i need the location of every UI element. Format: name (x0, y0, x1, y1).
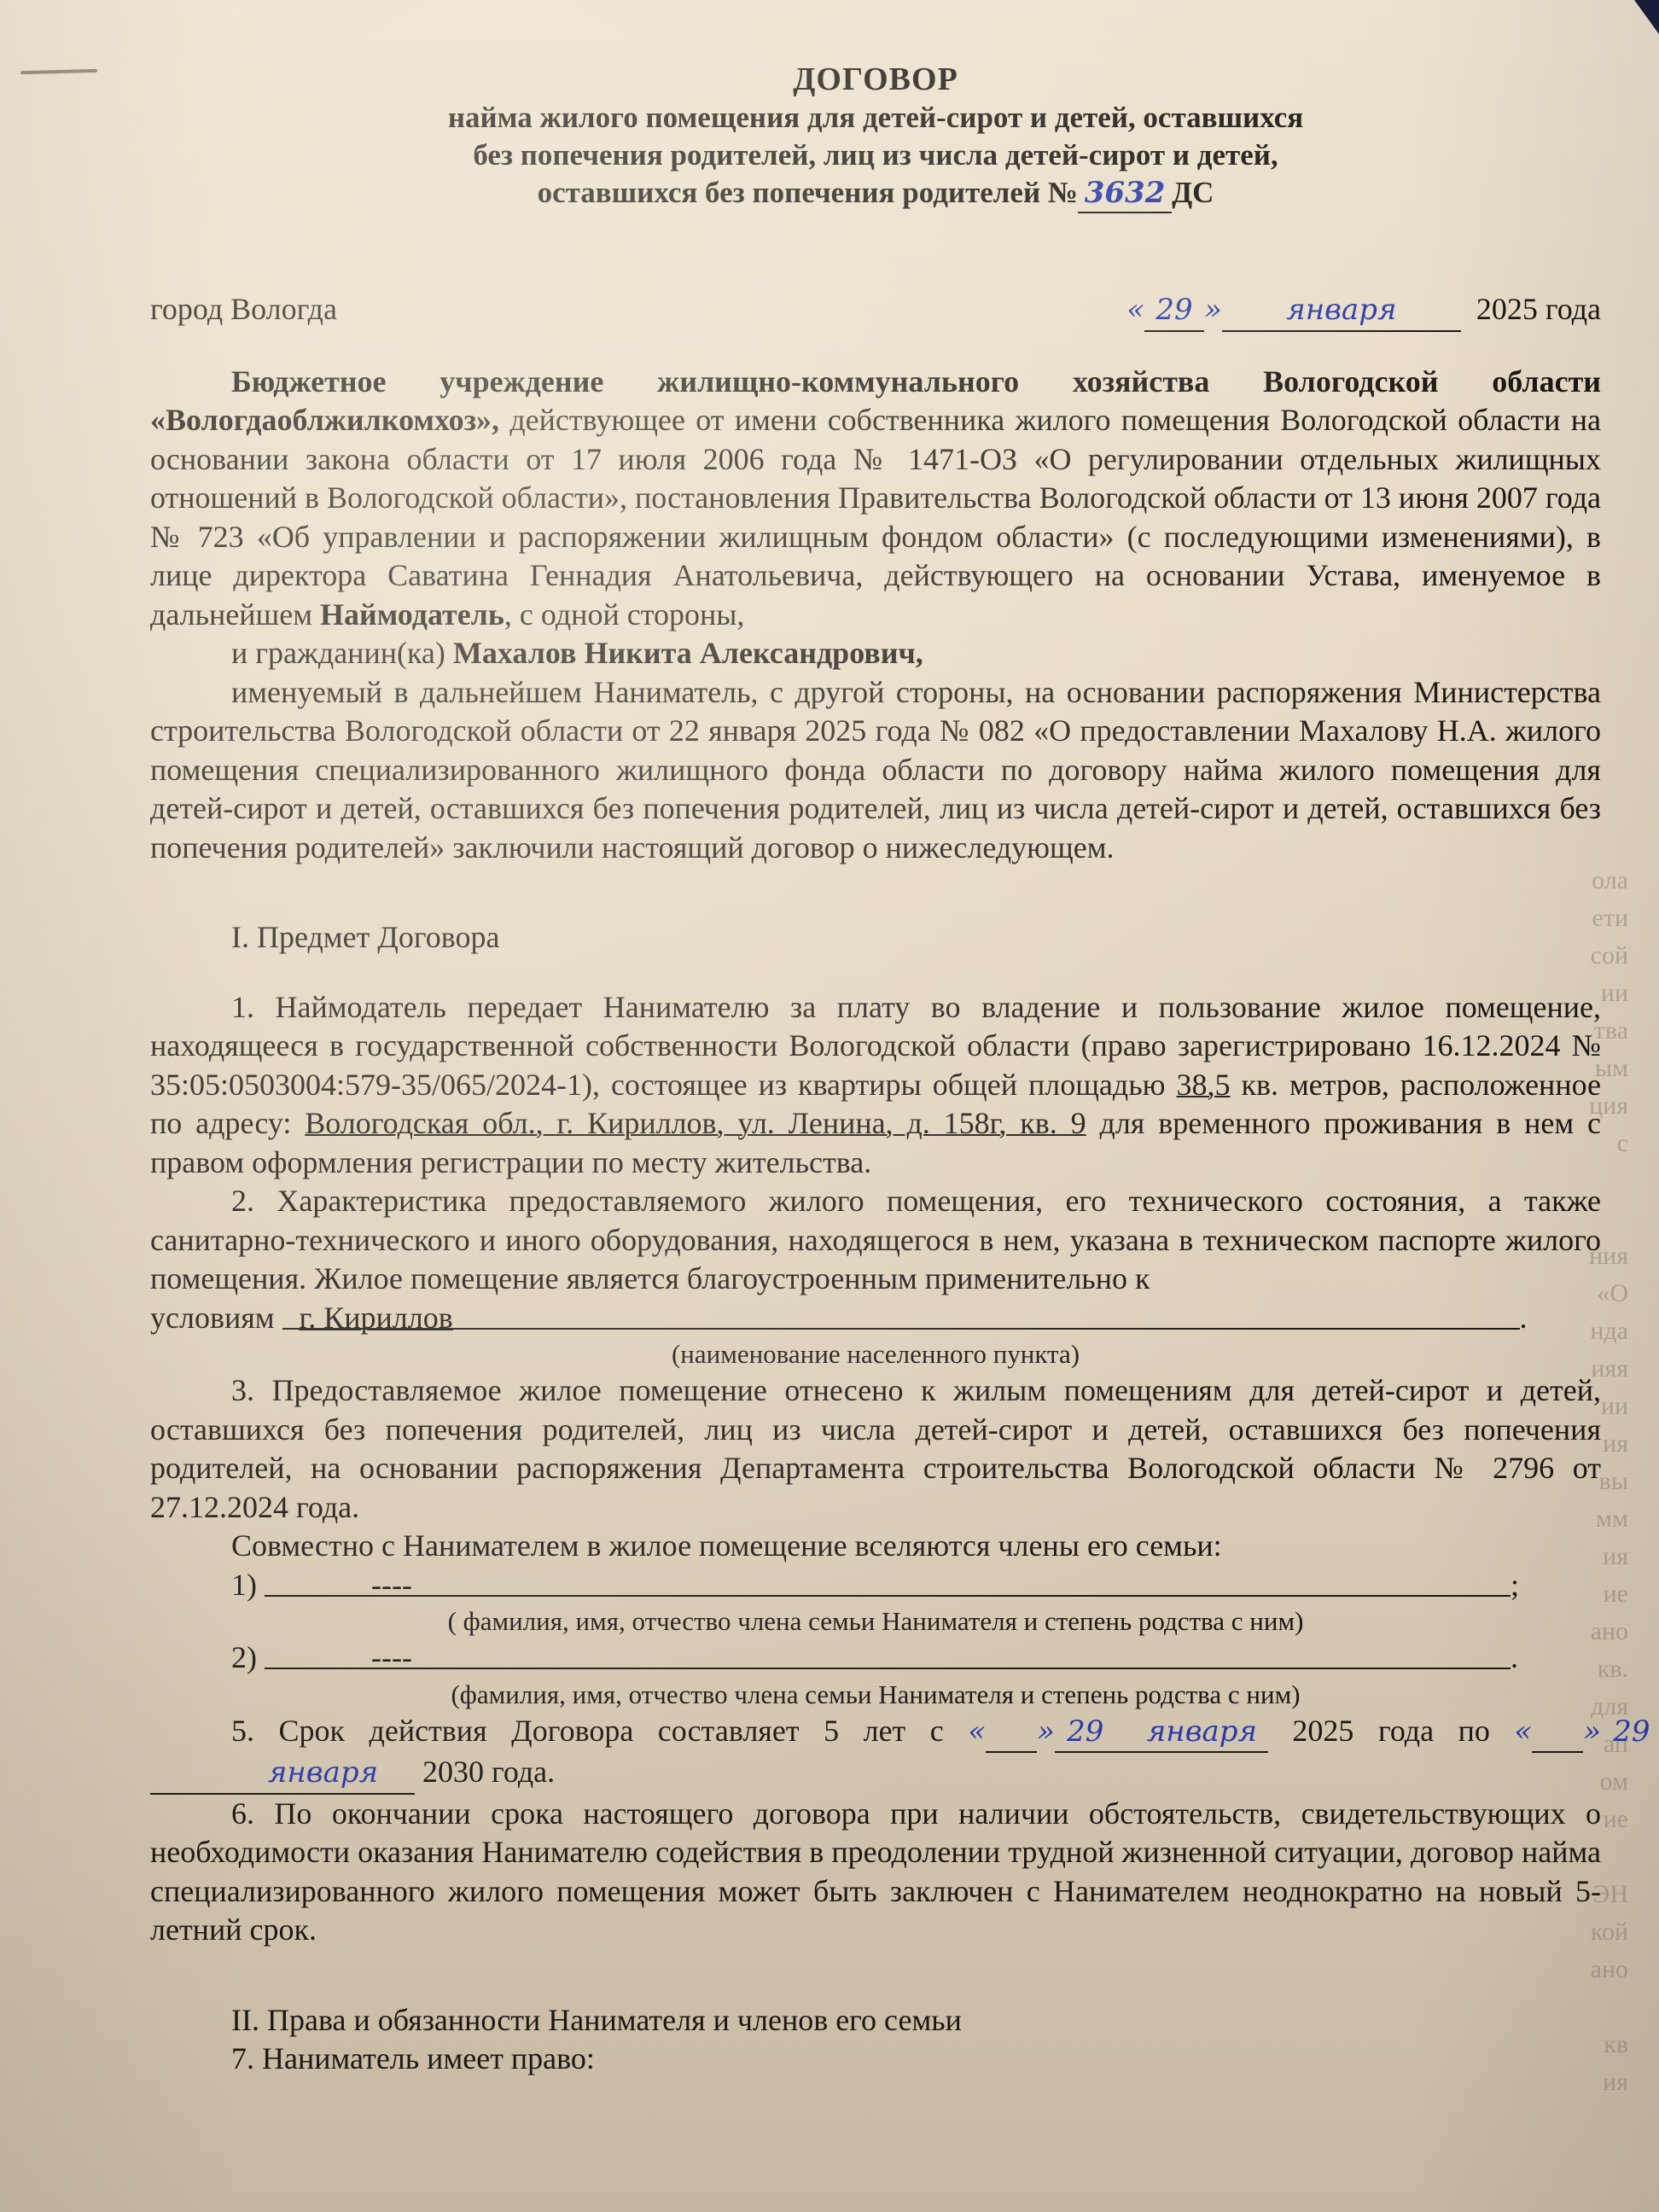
apartment-address: Вологодская обл., г. Кириллов, ул. Ленин… (305, 1106, 1086, 1140)
subtitle-line-3: оставшихся без попечения родителей №3632… (150, 174, 1601, 213)
contract-number-field: 3632 (1078, 174, 1172, 213)
clause-3: 3. Предоставляемое жилое помещение отнес… (150, 1371, 1601, 1527)
date-month-handwritten: января (1286, 293, 1396, 327)
term-end-day: 29 (1613, 1714, 1650, 1749)
pencil-mark (20, 69, 97, 74)
city: город Вологда (150, 290, 337, 329)
subtitle-line-1: найма жилого помещения для детей-сирот и… (150, 99, 1601, 137)
document-title: ДОГОВОР (150, 60, 1601, 99)
term-start-month: января (1147, 1714, 1257, 1749)
tenant-prefix: и гражданин(ка) (231, 636, 453, 670)
term-end-day-field: 29 (1532, 1712, 1583, 1754)
title-block: ДОГОВОР найма жилого помещения для детей… (150, 60, 1601, 213)
family-member-2-field: ---- (265, 1639, 1511, 1669)
section-1-heading: I. Предмет Договора (150, 918, 1601, 958)
clause-6: 6. По окончании срока настоящего договор… (150, 1795, 1601, 1950)
term-start-day-field: 29 (986, 1712, 1037, 1754)
quote-open: « (1126, 293, 1144, 327)
landlord-term: Наймодатель (320, 597, 504, 632)
contract-number-handwritten: 3632 (1085, 176, 1166, 210)
date-year: 2025 года (1476, 292, 1601, 326)
family-member-2-num: 2) (231, 1640, 257, 1674)
locality-caption: (наименование населенного пункта) (150, 1337, 1601, 1371)
family-member-2-end: . (1511, 1640, 1518, 1674)
family-member-1-num: 1) (231, 1568, 257, 1602)
family-member-2: 2) ----. (150, 1639, 1601, 1678)
preamble-basis: именуемый в дальнейшем Наниматель, с дру… (150, 673, 1601, 868)
family-member-1-value: ---- (371, 1568, 412, 1602)
family-member-1-end: ; (1511, 1568, 1519, 1602)
preamble-landlord: Бюджетное учреждение жилищно-коммунально… (150, 363, 1601, 635)
date-day-handwritten: 29 (1155, 293, 1192, 327)
place-date-row: город Вологда «29»января 2025 года (150, 290, 1601, 332)
clause-2: 2. Характеристика предоставляемого жилог… (150, 1182, 1601, 1299)
quote-close: » (1204, 293, 1222, 327)
family-member-1-caption: ( фамилия, имя, отчество члена семьи Нан… (150, 1604, 1601, 1639)
term-end-month-field: января (150, 1753, 415, 1795)
family-intro: Совместно с Нанимателем в жилое помещени… (150, 1527, 1601, 1566)
family-member-2-value: ---- (371, 1640, 412, 1674)
contract-date: «29»января 2025 года (1126, 290, 1601, 332)
locality-field: г. Кириллов (282, 1299, 1520, 1330)
clause-5-text-c: 2030 года. (415, 1755, 555, 1789)
apartment-area: 38,5 (1177, 1068, 1231, 1102)
clause-2-conditions: условиям г. Кириллов. (150, 1299, 1601, 1338)
conditions-label: условиям (150, 1301, 275, 1335)
clause-5-text-b: 2025 года по (1268, 1714, 1514, 1748)
subtitle-line-3-text: оставшихся без попечения родителей № (538, 176, 1078, 209)
family-member-1-field: ---- (265, 1566, 1511, 1597)
date-day-field: 29 (1144, 290, 1204, 332)
locality-value: г. Кириллов (300, 1301, 453, 1335)
clause-5-text-a: 5. Срок действия Договора составляет 5 л… (231, 1714, 968, 1748)
preamble-tenant: и гражданин(ка) Махалов Никита Александр… (150, 634, 1601, 673)
clause-5: 5. Срок действия Договора составляет 5 л… (150, 1712, 1601, 1795)
term-end-month: января (268, 1755, 378, 1790)
section-2-heading: II. Права и обязанности Нанимателя и чле… (150, 2001, 1601, 2040)
family-member-2-caption: (фамилия, имя, отчество члена семьи Нани… (150, 1678, 1601, 1712)
term-start-month-field: января (1055, 1712, 1268, 1754)
subtitle-line-2: без попечения родителей, лиц из числа де… (150, 137, 1601, 174)
clause-1: 1. Наймодатель передает Нанимателю за пл… (150, 988, 1601, 1183)
preamble-end: , с одной стороны, (504, 597, 744, 632)
paper-sheet: олаетисойиитваымциясния«Ондаияяиииявымми… (0, 0, 1659, 2212)
tenant-name: Махалов Никита Александрович, (453, 636, 923, 670)
document-body: ДОГОВОР найма жилого помещения для детей… (150, 60, 1601, 2079)
clause-7: 7. Наниматель имеет право: (150, 2040, 1601, 2079)
date-month-field: января (1222, 290, 1461, 332)
family-member-1: 1) ----; (150, 1566, 1601, 1605)
contract-number-suffix: ДС (1172, 176, 1214, 209)
